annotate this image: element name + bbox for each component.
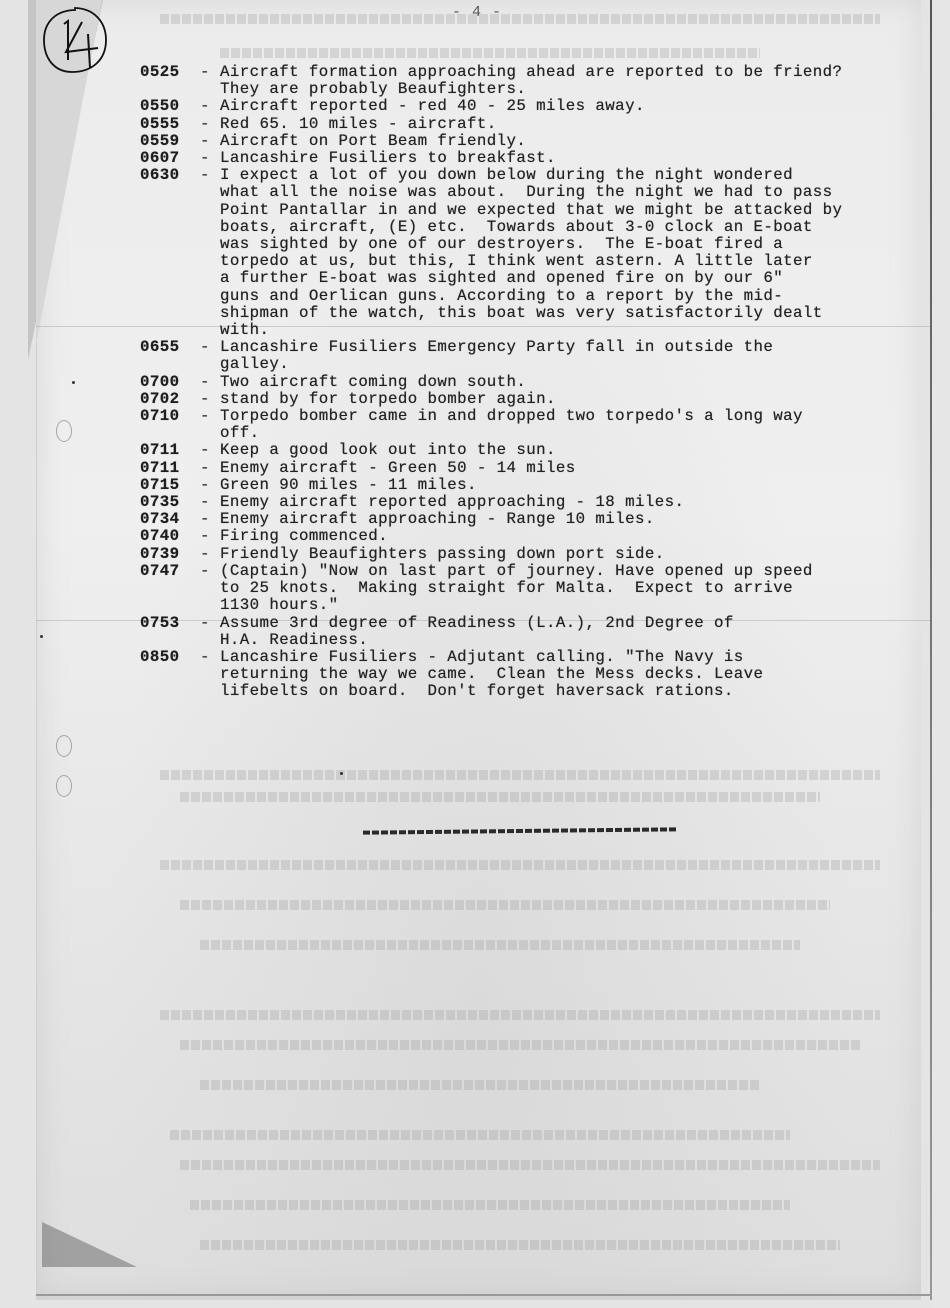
log-entry: 0747-(Captain) "Now on last part of jour… [140,563,930,580]
log-entry-continuation: They are probably Beaufighters. [140,81,930,98]
entry-text: lifebelts on board. Don't forget haversa… [220,683,930,700]
entry-dash: - [190,546,220,563]
entry-time: 0711 [140,460,190,477]
entry-text: with. [220,322,930,339]
entry-dash: - [190,477,220,494]
entry-time: 0850 [140,649,190,666]
show-through-text [160,1010,880,1020]
entry-time [140,288,190,305]
entry-dash: - [190,511,220,528]
log-entry: 0740-Firing commenced. [140,528,930,545]
log-entry: 0607-Lancashire Fusiliers to breakfast. [140,150,930,167]
entry-dash [190,270,220,287]
entry-text: guns and Oerlican guns. According to a r… [220,288,930,305]
entry-text: to 25 knots. Making straight for Malta. … [220,580,930,597]
log-entry: 0655-Lancashire Fusiliers Emergency Part… [140,339,930,356]
entry-text: They are probably Beaufighters. [220,81,930,98]
entry-dash [190,236,220,253]
entry-text: Friendly Beaufighters passing down port … [220,546,930,563]
log-entry: 0739-Friendly Beaufighters passing down … [140,546,930,563]
log-entry-continuation: what all the noise was about. During the… [140,184,930,201]
show-through-text [180,1040,860,1050]
entry-text: galley. [220,356,930,373]
entry-text: stand by for torpedo bomber again. [220,391,930,408]
entry-text: Lancashire Fusiliers Emergency Party fal… [220,339,930,356]
log-entry: 0525-Aircraft formation approaching ahea… [140,64,930,81]
entry-time: 0525 [140,64,190,81]
entry-time [140,253,190,270]
entry-dash [190,632,220,649]
entry-time [140,425,190,442]
log-entry: 0700-Two aircraft coming down south. [140,374,930,391]
log-entry-continuation: torpedo at us, but this, I think went as… [140,253,930,270]
entry-dash [190,597,220,614]
entry-dash [190,305,220,322]
entry-dash [190,322,220,339]
entry-time: 0753 [140,615,190,632]
entry-dash: - [190,408,220,425]
log-entry: 0702-stand by for torpedo bomber again. [140,391,930,408]
entry-time [140,683,190,700]
log-entry-continuation: guns and Oerlican guns. According to a r… [140,288,930,305]
stray-mark [40,635,43,638]
entry-time: 0700 [140,374,190,391]
entry-text: Point Pantallar in and we expected that … [220,202,930,219]
show-through-text [170,1130,790,1140]
show-through-text [190,1200,790,1210]
entry-time [140,597,190,614]
entry-dash: - [190,442,220,459]
log-entry: 0559-Aircraft on Port Beam friendly. [140,133,930,150]
entry-time [140,632,190,649]
log-entry: 0711-Keep a good look out into the sun. [140,442,930,459]
show-through-text [180,792,820,802]
entry-text: Keep a good look out into the sun. [220,442,930,459]
entry-time [140,322,190,339]
entry-time [140,666,190,683]
entry-time: 0655 [140,339,190,356]
entry-time [140,184,190,201]
entry-dash: - [190,150,220,167]
page-bottom-edge [36,1294,932,1296]
entry-time: 0735 [140,494,190,511]
corner-smudge [42,1222,137,1267]
log-entry: 0850-Lancashire Fusiliers - Adjutant cal… [140,649,930,666]
entry-dash: - [190,615,220,632]
entry-text: shipman of the watch, this boat was very… [220,305,930,322]
entry-text: Aircraft formation approaching ahead are… [220,64,930,81]
log-entry-continuation: returning the way we came. Clean the Mes… [140,666,930,683]
log-entry: 0734-Enemy aircraft approaching - Range … [140,511,930,528]
entry-time: 0711 [140,442,190,459]
log-entry-continuation: to 25 knots. Making straight for Malta. … [140,580,930,597]
entry-text: Green 90 miles - 11 miles. [220,477,930,494]
log-entry-continuation: with. [140,322,930,339]
entry-text: returning the way we came. Clean the Mes… [220,666,930,683]
page-right-edge [930,0,932,1300]
entry-dash: - [190,133,220,150]
entry-text: Red 65. 10 miles - aircraft. [220,116,930,133]
scan-background-strip [932,0,950,1308]
entry-time [140,356,190,373]
stray-mark [340,772,343,775]
entry-text: Aircraft on Port Beam friendly. [220,133,930,150]
page-number: - 4 - [452,4,502,21]
entry-time [140,270,190,287]
entry-text: what all the noise was about. During the… [220,184,930,201]
entry-time: 0559 [140,133,190,150]
entry-time [140,305,190,322]
entry-dash: - [190,98,220,115]
entry-dash: - [190,116,220,133]
entry-text: boats, aircraft, (E) etc. Towards about … [220,219,930,236]
entry-dash [190,253,220,270]
entry-dash: - [190,391,220,408]
log-entry: 0753-Assume 3rd degree of Readiness (L.A… [140,615,930,632]
log-entry-continuation: off. [140,425,930,442]
entry-text: 1130 hours." [220,597,930,614]
stray-mark [72,381,75,384]
entry-dash: - [190,563,220,580]
log-entry: 0735-Enemy aircraft reported approaching… [140,494,930,511]
entry-text: H.A. Readiness. [220,632,930,649]
entry-dash [190,425,220,442]
entry-dash [190,356,220,373]
entry-dash [190,580,220,597]
folio-mark [38,4,110,76]
entry-text: I expect a lot of you down below during … [220,167,930,184]
entry-dash: - [190,374,220,391]
margin-pencil-mark [56,775,72,797]
log-entry: 0630-I expect a lot of you down below du… [140,167,930,184]
log-entry: 0550-Aircraft reported - red 40 - 25 mil… [140,98,930,115]
log-entry-continuation: galley. [140,356,930,373]
show-through-text [180,900,830,910]
show-through-text [160,860,880,870]
entry-dash [190,202,220,219]
entry-time: 0747 [140,563,190,580]
entry-time: 0630 [140,167,190,184]
margin-pencil-mark [56,420,72,442]
entry-text: Assume 3rd degree of Readiness (L.A.), 2… [220,615,930,632]
entry-text: Aircraft reported - red 40 - 25 miles aw… [220,98,930,115]
entry-text: Enemy aircraft reported approaching - 18… [220,494,930,511]
entry-text: Enemy aircraft approaching - Range 10 mi… [220,511,930,528]
log-entry: 0715-Green 90 miles - 11 miles. [140,477,930,494]
entry-text: Enemy aircraft - Green 50 - 14 miles [220,460,930,477]
entry-text: a further E-boat was sighted and opened … [220,270,930,287]
entry-dash [190,81,220,98]
log-entry: 0555-Red 65. 10 miles - aircraft. [140,116,930,133]
entry-time: 0710 [140,408,190,425]
entry-time [140,81,190,98]
entry-time [140,202,190,219]
entry-dash: - [190,64,220,81]
entry-time [140,219,190,236]
log-entry-continuation: 1130 hours." [140,597,930,614]
show-through-text [220,48,760,58]
entry-text: torpedo at us, but this, I think went as… [220,253,930,270]
entry-time: 0734 [140,511,190,528]
entry-time [140,580,190,597]
log-entry-continuation: boats, aircraft, (E) etc. Towards about … [140,219,930,236]
log-entry-continuation: was sighted by one of our destroyers. Th… [140,236,930,253]
entry-time: 0550 [140,98,190,115]
entry-text: Firing commenced. [220,528,930,545]
log-entry: 0710-Torpedo bomber came in and dropped … [140,408,930,425]
entry-dash: - [190,460,220,477]
entry-dash [190,184,220,201]
entry-time: 0740 [140,528,190,545]
entry-dash: - [190,167,220,184]
entry-dash [190,666,220,683]
entry-dash: - [190,494,220,511]
show-through-text [200,1080,760,1090]
margin-pencil-mark [56,735,72,757]
entry-text: Lancashire Fusiliers to breakfast. [220,150,930,167]
entry-dash [190,288,220,305]
hand-drawn-circle-icon [38,4,110,76]
show-through-text [160,14,880,24]
log-entry: 0711-Enemy aircraft - Green 50 - 14 mile… [140,460,930,477]
entry-time: 0715 [140,477,190,494]
entry-time: 0739 [140,546,190,563]
show-through-text [200,940,800,950]
entry-text: was sighted by one of our destroyers. Th… [220,236,930,253]
log-entry-continuation: H.A. Readiness. [140,632,930,649]
show-through-text [200,1240,840,1250]
entry-dash: - [190,528,220,545]
entry-time: 0702 [140,391,190,408]
log-entry-continuation: lifebelts on board. Don't forget haversa… [140,683,930,700]
entry-text: Two aircraft coming down south. [220,374,930,391]
entry-text: Torpedo bomber came in and dropped two t… [220,408,930,425]
entry-text: Lancashire Fusiliers - Adjutant calling.… [220,649,930,666]
entry-dash: - [190,649,220,666]
entry-dash [190,219,220,236]
entry-time: 0607 [140,150,190,167]
entry-dash [190,683,220,700]
show-through-text [180,1160,880,1170]
entry-dash: - [190,339,220,356]
log-entries: 0525-Aircraft formation approaching ahea… [140,64,930,701]
log-entry-continuation: Point Pantallar in and we expected that … [140,202,930,219]
log-entry-continuation: shipman of the watch, this boat was very… [140,305,930,322]
show-through-text [160,770,880,780]
log-entry-continuation: a further E-boat was sighted and opened … [140,270,930,287]
entry-time: 0555 [140,116,190,133]
entry-text: (Captain) "Now on last part of journey. … [220,563,930,580]
entry-text: off. [220,425,930,442]
entry-time [140,236,190,253]
